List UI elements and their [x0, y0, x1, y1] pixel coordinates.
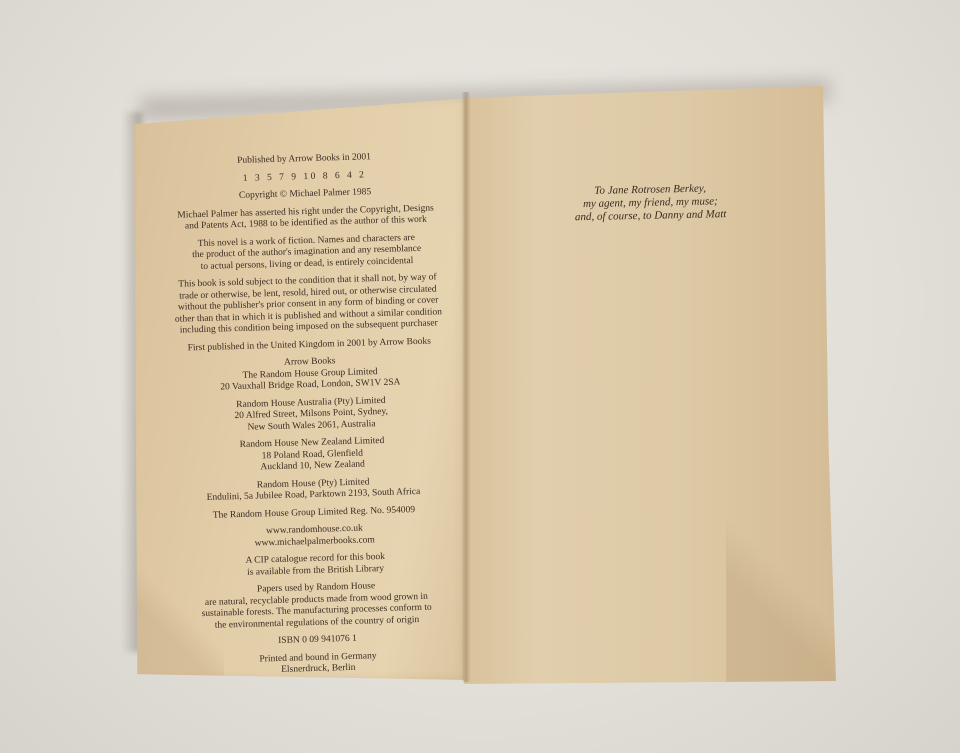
- imprint-line: First published in the United Kingdom in…: [169, 336, 449, 355]
- page-corner-shading: [726, 514, 836, 684]
- imprint-line: ISBN 0 09 941076 1: [177, 631, 457, 650]
- imprint-block: Printed and bound in GermanyElsnerdruck,…: [178, 648, 459, 679]
- imprint-block: A CIP catalogue record for this bookis a…: [175, 550, 456, 581]
- imprint-block: Random House New Zealand Limited18 Polan…: [172, 434, 453, 476]
- imprint-line: Copyright © Michael Palmer 1985: [165, 185, 445, 204]
- dedication-text: To Jane Rotrosen Berkey, my agent, my fr…: [540, 181, 761, 225]
- imprint-line: The Random House Group Limited Reg. No. …: [174, 504, 454, 523]
- imprint-block: This novel is a work of fiction. Names a…: [166, 232, 447, 274]
- imprint-block: ISBN 0 09 941076 1: [177, 631, 457, 650]
- imprint-block: Arrow BooksThe Random House Group Limite…: [170, 353, 451, 395]
- imprint-block: Random House Australia (Pty) Limited20 A…: [171, 394, 452, 436]
- imprint-block: Papers used by Random Houseare natural, …: [176, 579, 457, 633]
- imprint-block: 1 3 5 7 9 10 8 6 4 2: [164, 168, 444, 187]
- imprint-block: The Random House Group Limited Reg. No. …: [174, 504, 454, 523]
- imprint-block: Copyright © Michael Palmer 1985: [165, 185, 445, 204]
- imprint-block: Random House (Pty) LimitedEndulini, 5a J…: [173, 475, 454, 506]
- imprint-block: Michael Palmer has asserted his right un…: [165, 203, 446, 234]
- imprint-block: This book is sold subject to the conditi…: [167, 272, 448, 337]
- right-page-dedication: [464, 86, 836, 684]
- imprint-line: 1 3 5 7 9 10 8 6 4 2: [164, 168, 444, 187]
- imprint-block: www.randomhouse.co.ukwww.michaelpalmerbo…: [174, 521, 455, 552]
- copyright-imprint-text: Published by Arrow Books in 20011 3 5 7 …: [164, 150, 459, 685]
- book-gutter: [462, 92, 470, 682]
- imprint-block: First published in the United Kingdom in…: [169, 336, 449, 355]
